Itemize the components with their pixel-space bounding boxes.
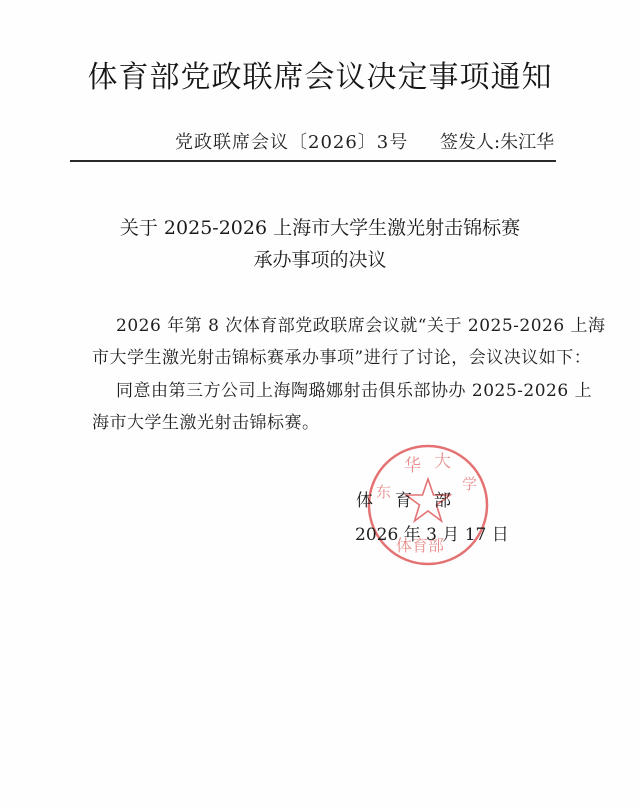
org-char: 体 (356, 486, 373, 511)
subject-title-line-1: 关于 2025-2026 上海市大学生激光射击锦标赛 (0, 213, 640, 240)
signer-name: 朱江华 (500, 132, 554, 153)
body-paragraph-1-line-1: 2026 年第 8 次体育部党政联席会议就“关于 2025-2026 上海 (116, 311, 606, 336)
document-signer: 签发人:朱江华 (440, 128, 554, 154)
body-paragraph-1-line-2: 市大学生激光射击锦标赛承办事项”进行了讨论，会议决议如下： (92, 343, 591, 368)
signing-date: 2026 年 3 月 17 日 (355, 520, 509, 545)
document-page: 体育部党政联席会议决定事项通知 党政联席会议〔2026〕3号 签发人:朱江华 关… (0, 0, 640, 809)
signer-label: 签发人: (440, 132, 500, 153)
header-divider (70, 160, 556, 162)
body-paragraph-2-line-2: 海市大学生激光射击锦标赛。 (92, 408, 320, 433)
subject-title-line-2: 承办事项的决议 (0, 245, 640, 272)
org-char: 部 (434, 486, 451, 511)
document-title: 体育部党政联席会议决定事项通知 (0, 52, 640, 96)
svg-text:学: 学 (462, 475, 477, 493)
svg-text:大: 大 (434, 452, 451, 472)
org-char: 育 (395, 486, 412, 511)
svg-text:华: 华 (404, 456, 421, 476)
signing-organization: 体育部 (356, 486, 451, 511)
document-number: 党政联席会议〔2026〕3号 (175, 128, 408, 154)
body-paragraph-2-line-1: 同意由第三方公司上海陶璐娜射击俱乐部协办 2025-2026 上 (116, 376, 592, 401)
